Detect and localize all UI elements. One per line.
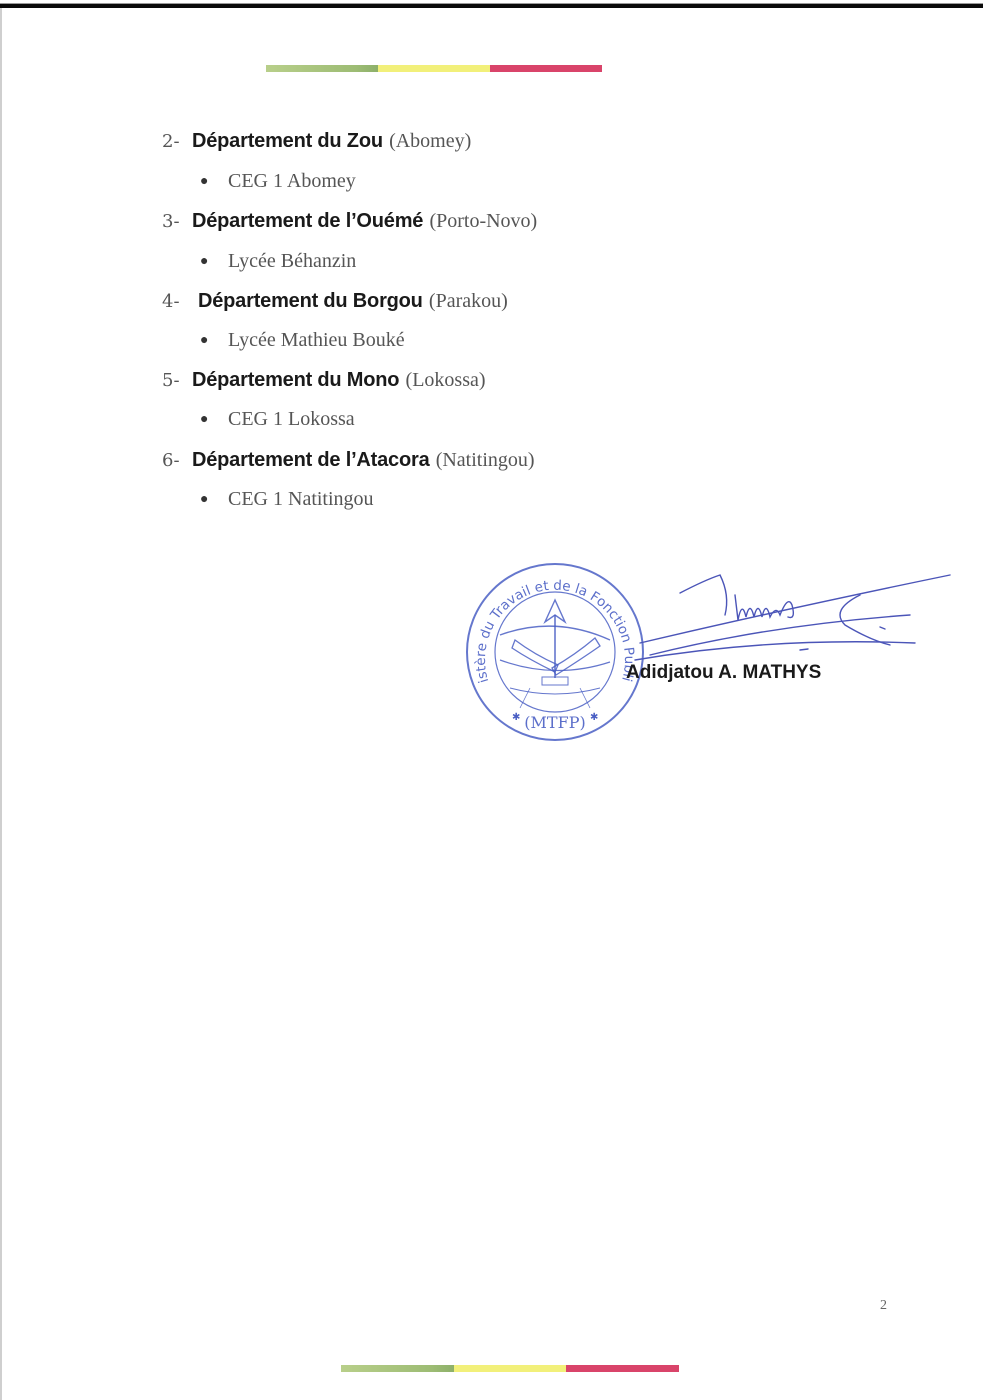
flag-green-segment — [266, 65, 378, 72]
department-heading: 2-Département du Zou (Abomey) — [162, 129, 471, 153]
footer-flag-bar — [341, 1365, 679, 1372]
handwritten-signature-icon — [620, 565, 960, 665]
flag-yellow-segment — [454, 1365, 567, 1372]
flag-green-segment — [341, 1365, 454, 1372]
school-name: CEG 1 Natitingou — [228, 488, 374, 510]
department-heading: 3-Département de l’Ouémé (Porto-Novo) — [162, 209, 537, 233]
department-heading: 6-Département de l’Atacora (Natitingou) — [162, 448, 535, 472]
list-number: 4- — [162, 291, 198, 312]
list-number: 5- — [162, 370, 192, 391]
header-flag-bar — [266, 65, 602, 72]
list-number: 6- — [162, 450, 192, 471]
flag-yellow-segment — [378, 65, 490, 72]
school-name: CEG 1 Lokossa — [228, 408, 355, 430]
department-city: (Abomey) — [389, 130, 471, 152]
svg-text:✱: ✱ — [590, 712, 598, 723]
bullet-icon: ● — [200, 174, 228, 190]
department-city: (Porto-Novo) — [429, 210, 537, 232]
list-item: ●CEG 1 Natitingou — [200, 488, 374, 511]
department-city: (Natitingou) — [436, 449, 535, 471]
signer-name: Adidjatou A. MATHYS — [626, 662, 821, 684]
list-number: 3- — [162, 211, 192, 232]
department-city: (Lokossa) — [406, 369, 486, 391]
list-item: ●CEG 1 Lokossa — [200, 408, 355, 431]
bullet-icon: ● — [200, 492, 228, 508]
department-name: Département de l’Ouémé — [192, 210, 423, 232]
school-name: Lycée Mathieu Bouké — [228, 329, 405, 351]
bullet-icon: ● — [200, 333, 228, 349]
department-heading: 4-Département du Borgou (Parakou) — [162, 289, 508, 313]
department-name: Département du Mono — [192, 369, 399, 391]
list-item: ●Lycée Béhanzin — [200, 250, 356, 273]
department-name: Département du Zou — [192, 130, 383, 152]
school-name: Lycée Béhanzin — [228, 250, 356, 272]
svg-text:Ministère du Travail et de la: Ministère du Travail et de la Fonction P… — [460, 560, 637, 685]
list-item: ●Lycée Mathieu Bouké — [200, 329, 405, 352]
svg-text:✱: ✱ — [512, 712, 520, 723]
svg-text:(MTFP): (MTFP) — [524, 713, 585, 732]
department-city: (Parakou) — [429, 290, 508, 312]
flag-red-segment — [490, 65, 602, 72]
department-heading: 5-Département du Mono (Lokossa) — [162, 368, 486, 392]
school-name: CEG 1 Abomey — [228, 170, 356, 192]
flag-red-segment — [566, 1365, 679, 1372]
bullet-icon: ● — [200, 254, 228, 270]
list-number: 2- — [162, 131, 192, 152]
scan-left-edge — [0, 8, 2, 1400]
department-name: Département du Borgou — [198, 290, 423, 312]
page-number: 2 — [880, 1298, 887, 1314]
scan-top-edge — [0, 4, 983, 8]
department-name: Département de l’Atacora — [192, 449, 430, 471]
bullet-icon: ● — [200, 412, 228, 428]
list-item: ●CEG 1 Abomey — [200, 170, 356, 193]
